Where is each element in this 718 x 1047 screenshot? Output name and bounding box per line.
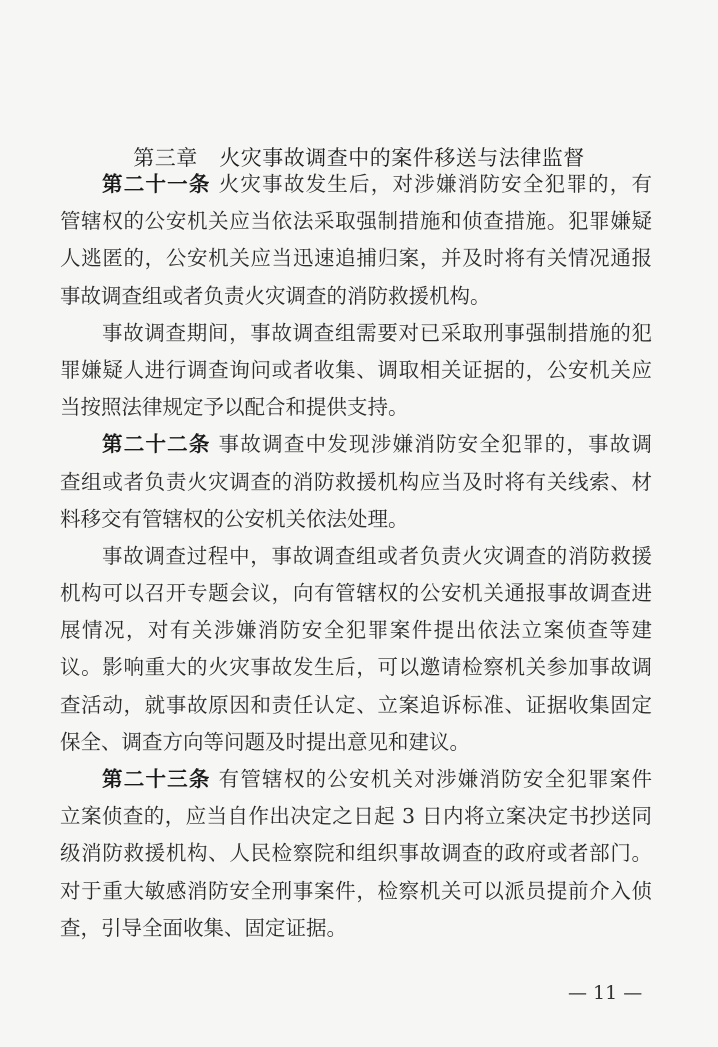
text-line: 罪嫌疑人进行调查询问或者收集、调取相关证据的，公安机关应	[60, 352, 652, 389]
text-line: 立案侦查的，应当自作出决定之日起 3 日内将立案决定书抄送同	[60, 798, 652, 835]
text-line: 对于重大敏感消防安全刑事案件，检察机关可以派员提前介入侦	[60, 873, 652, 910]
text-line: 事故调查期间，事故调查组需要对已采取刑事强制措施的犯	[60, 315, 652, 352]
article-21-subparagraph: 事故调查期间，事故调查组需要对已采取刑事强制措施的犯 罪嫌疑人进行调查询问或者收…	[60, 315, 652, 427]
line-text: 火灾事故发生后，对涉嫌消防安全犯罪的，有	[219, 172, 652, 196]
article-22-subparagraph: 事故调查过程中，事故调查组或者负责火灾调查的消防救援 机构可以召开专题会议，向有…	[60, 538, 652, 761]
text-line: 人逃匿的，公安机关应当迅速追捕归案，并及时将有关情况通报	[60, 240, 652, 277]
article-label: 第二十二条	[102, 432, 211, 456]
line-text: 有管辖权的公安机关对涉嫌消防安全犯罪案件	[219, 767, 652, 791]
line-text: 事故调查中发现涉嫌消防安全犯罪的，事故调	[219, 432, 652, 456]
article-label: 第二十三条	[102, 767, 211, 791]
text-line: 第二十二条事故调查中发现涉嫌消防安全犯罪的，事故调	[60, 426, 652, 463]
text-line: 事故调查过程中，事故调查组或者负责火灾调查的消防救援	[60, 538, 652, 575]
text-line: 料移交有管辖权的公安机关依法处理。	[60, 501, 652, 538]
article-23-paragraph: 第二十三条有管辖权的公安机关对涉嫌消防安全犯罪案件 立案侦查的，应当自作出决定之…	[60, 761, 652, 947]
text-line: 查活动，就事故原因和责任认定、立案追诉标准、证据收集固定	[60, 687, 652, 724]
text-line: 保全、调查方向等问题及时提出意见和建议。	[60, 724, 652, 761]
article-21-paragraph: 第二十一条火灾事故发生后，对涉嫌消防安全犯罪的，有 管辖权的公安机关应当依法采取…	[60, 166, 652, 315]
text-line: 事故调查组或者负责火灾调查的消防救援机构。	[60, 278, 652, 315]
page-number: — 11 —	[568, 982, 642, 1004]
text-line: 级消防救援机构、人民检察院和组织事故调查的政府或者部门。	[60, 835, 652, 872]
text-line: 机构可以召开专题会议，向有管辖权的公安机关通报事故调查进	[60, 575, 652, 612]
text-line: 查组或者负责火灾调查的消防救援机构应当及时将有关线索、材	[60, 464, 652, 501]
text-line: 第二十三条有管辖权的公安机关对涉嫌消防安全犯罪案件	[60, 761, 652, 798]
text-line: 第二十一条火灾事故发生后，对涉嫌消防安全犯罪的，有	[60, 166, 652, 203]
text-line: 展情况，对有关涉嫌消防安全犯罪案件提出依法立案侦查等建	[60, 612, 652, 649]
text-line: 议。影响重大的火灾事故发生后，可以邀请检察机关参加事故调	[60, 649, 652, 686]
text-line: 查，引导全面收集、固定证据。	[60, 910, 652, 947]
article-22-paragraph: 第二十二条事故调查中发现涉嫌消防安全犯罪的，事故调 查组或者负责火灾调查的消防救…	[60, 426, 652, 538]
text-line: 管辖权的公安机关应当依法采取强制措施和侦查措施。犯罪嫌疑	[60, 203, 652, 240]
document-body: 第二十一条火灾事故发生后，对涉嫌消防安全犯罪的，有 管辖权的公安机关应当依法采取…	[60, 166, 652, 947]
text-line: 当按照法律规定予以配合和提供支持。	[60, 389, 652, 426]
document-page: 第三章 火灾事故调查中的案件移送与法律监督 第二十一条火灾事故发生后，对涉嫌消防…	[0, 0, 718, 1047]
article-label: 第二十一条	[102, 172, 211, 196]
